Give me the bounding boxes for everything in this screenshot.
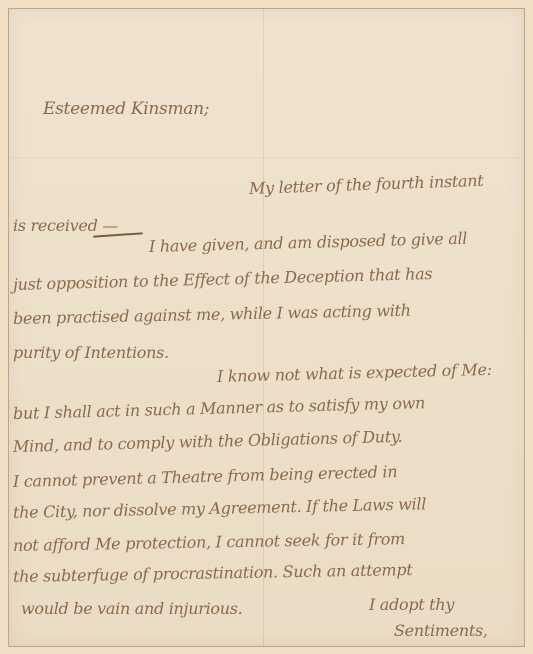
letter-line: My letter of the fourth instant [249,171,484,198]
letter-line: purity of Intentions. [13,343,169,362]
letter-line: the City, nor dissolve my Agreement. If … [13,494,426,522]
letter-line: Mind, and to comply with the Obligations… [13,427,403,456]
letter-line: I cannot prevent a Theatre from being er… [13,462,398,491]
letter-line: I have given, and am disposed to give al… [149,229,468,256]
letter-page: Esteemed Kinsman; My letter of the fourt… [8,8,525,647]
letter-line: just opposition to the Effect of the Dec… [13,264,433,294]
letter-line: I adopt thy [369,595,454,614]
letter-line: the subterfuge of procrastination. Such … [13,560,413,586]
letter-line: not afford Me protection, I cannot seek … [13,529,405,555]
letter-line: would be vain and injurious. [21,599,242,618]
salutation: Esteemed Kinsman; [43,99,209,119]
letter-line: been practised against me, while I was a… [13,301,411,328]
closing-line: Sentiments, [394,621,488,640]
horizontal-fold-line [9,157,524,158]
letter-line: is received — [13,216,118,235]
letter-line: but I shall act in such a Manner as to s… [13,393,426,423]
letter-line: I know not what is expected of Me: [217,360,492,386]
